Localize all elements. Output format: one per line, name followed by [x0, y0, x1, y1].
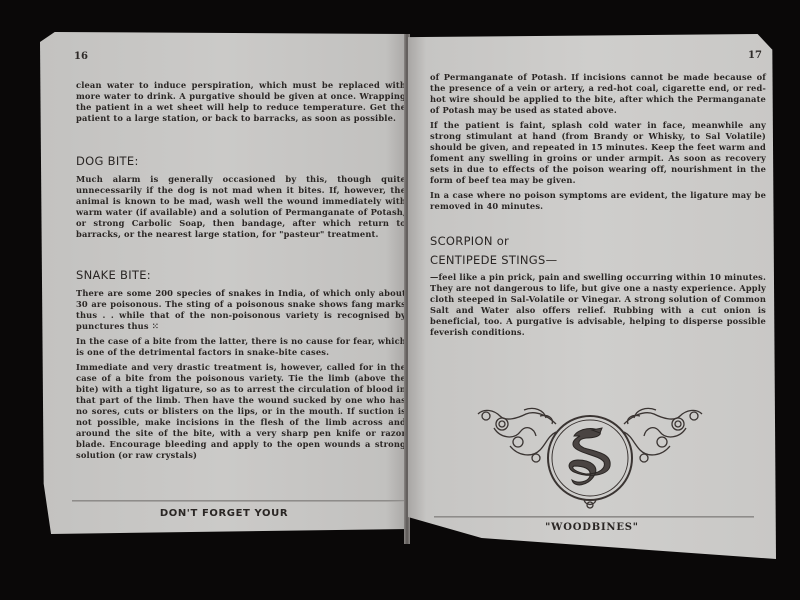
- intro-paragraph: clean water to induce perspiration, whic…: [76, 80, 406, 124]
- section-heading-snake-bite: SNAKE BITE:: [76, 268, 406, 282]
- snake-bite-paragraph-3: Immediate and very drastic treatment is,…: [76, 362, 406, 461]
- section-heading-dog-bite: DOG BITE:: [76, 154, 406, 168]
- no-symptoms-paragraph: In a case where no poison symptoms are e…: [430, 190, 766, 212]
- snake-emblem-icon: [474, 406, 706, 514]
- footer-rule-right: [434, 516, 754, 518]
- heading-line-2: CENTIPEDE STINGS—: [430, 253, 557, 267]
- scorpion-paragraph: —feel like a pin prick, pain and swellin…: [430, 272, 766, 338]
- dog-bite-paragraph: Much alarm is generally occasioned by th…: [76, 174, 406, 240]
- section-heading-scorpion: SCORPION or CENTIPEDE STINGS—: [430, 232, 766, 270]
- right-page-content: of Permanganate of Potash. If incisions …: [430, 72, 766, 342]
- faint-patient-paragraph: If the patient is faint, splash cold wat…: [430, 120, 766, 186]
- left-page: 16 clean water to induce perspiration, w…: [40, 32, 408, 534]
- left-page-content: clean water to induce perspiration, whic…: [76, 80, 406, 465]
- footer-text-right: "WOODBINES": [408, 522, 776, 533]
- page-number-left: 16: [74, 51, 88, 62]
- right-page: 17 of Permanganate of Potash. If incisio…: [408, 34, 776, 559]
- heading-line-1: SCORPION or: [430, 234, 509, 248]
- footer-text-left: DON'T FORGET YOUR: [40, 508, 408, 519]
- snake-bite-paragraph-1: There are some 200 species of snakes in …: [76, 288, 406, 332]
- snake-bite-paragraph-2: In the case of a bite from the latter, t…: [76, 336, 406, 358]
- footer-rule-left: [72, 500, 408, 502]
- permanganate-paragraph: of Permanganate of Potash. If incisions …: [430, 72, 766, 116]
- page-number-right: 17: [748, 50, 762, 61]
